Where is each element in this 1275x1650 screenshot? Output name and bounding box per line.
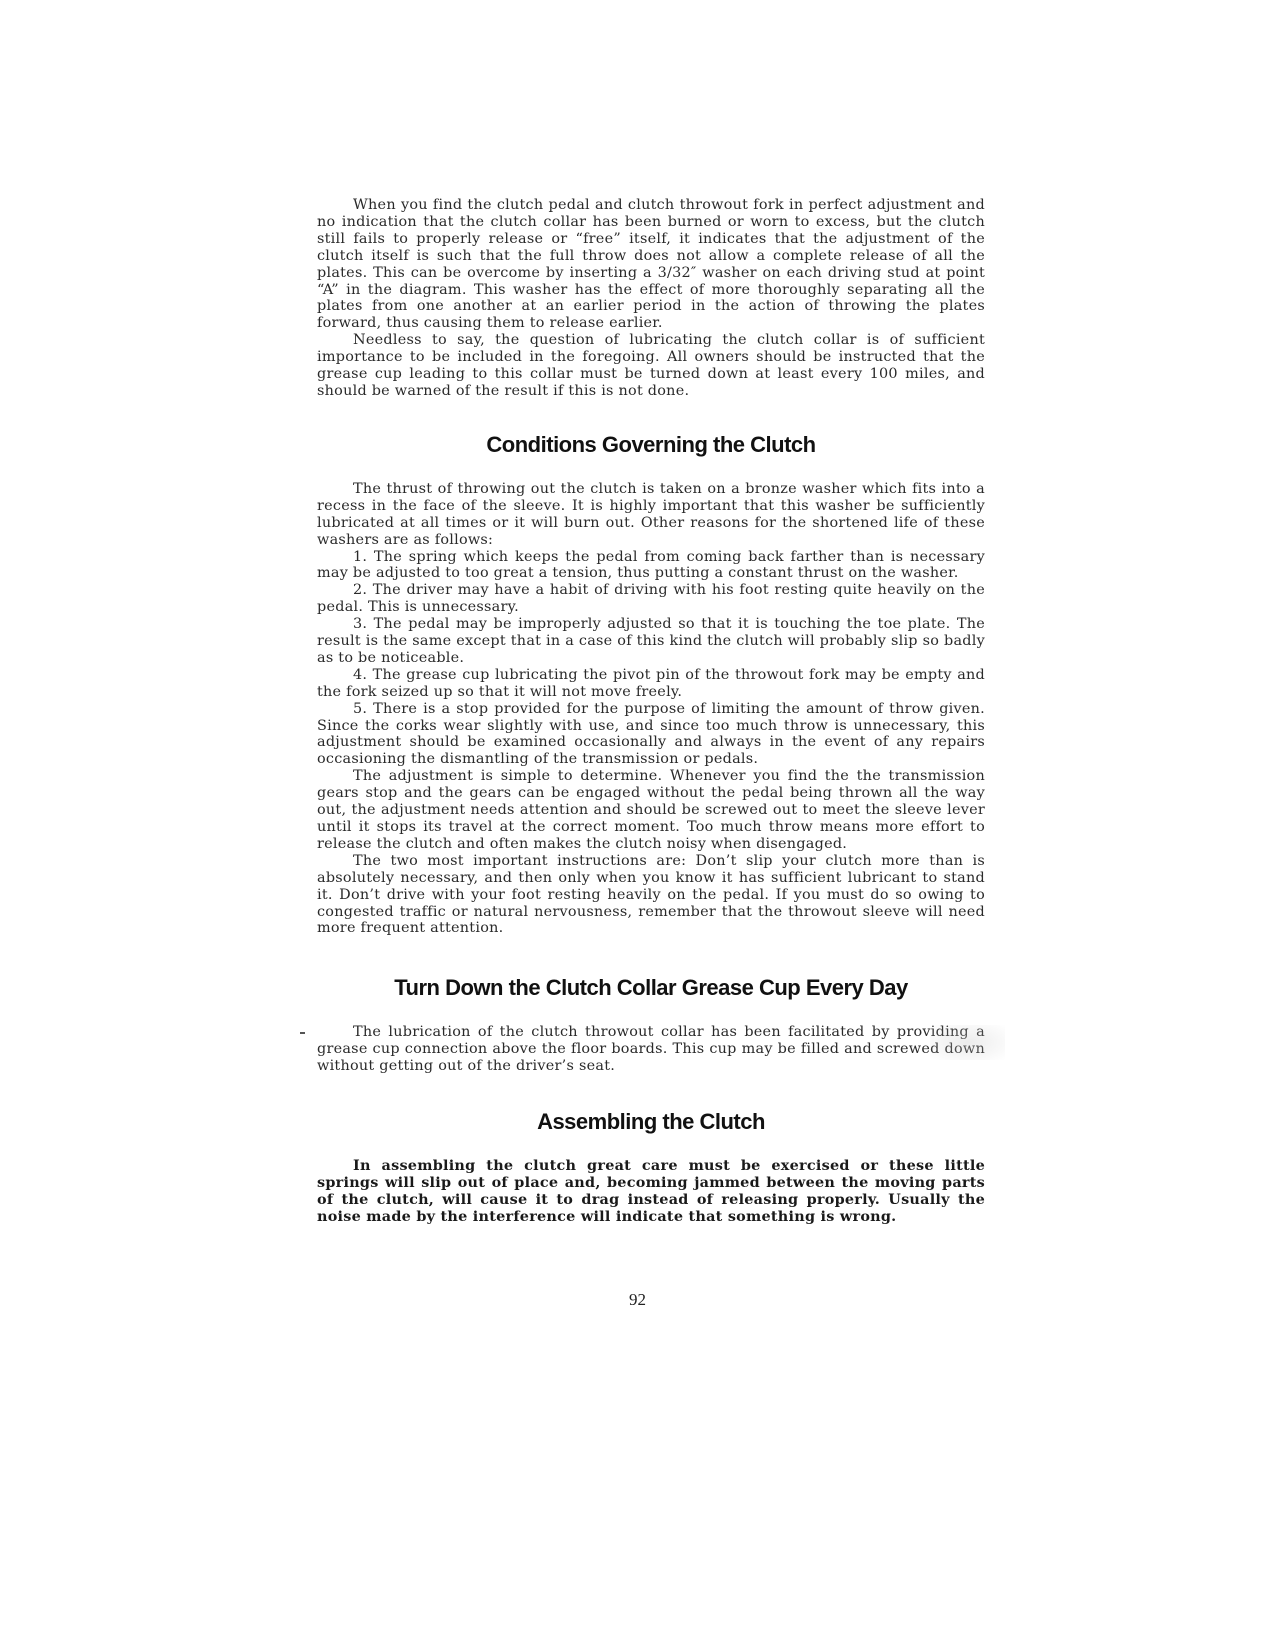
assembling-paragraph: In assembling the clutch great care must…	[317, 1158, 985, 1226]
conditions-paragraph-adjustment: The adjustment is simple to determine. W…	[317, 768, 985, 853]
scan-mark	[300, 1032, 305, 1034]
conditions-item-1: 1. The spring which keeps the pedal from…	[317, 549, 985, 583]
conditions-item-5: 5. There is a stop provided for the purp…	[317, 701, 985, 769]
section-heading-assembling: Assembling the Clutch	[317, 1109, 985, 1135]
page-number: 92	[0, 1290, 1275, 1310]
section-heading-grease-cup: Turn Down the Clutch Collar Grease Cup E…	[317, 975, 985, 1001]
intro-paragraph-2: Needless to say, the question of lubrica…	[317, 332, 985, 400]
scan-smudge	[930, 1025, 1005, 1060]
section-heading-conditions: Conditions Governing the Clutch	[317, 432, 985, 458]
grease-cup-paragraph: The lubrication of the clutch throwout c…	[317, 1024, 985, 1075]
intro-paragraph-1: When you find the clutch pedal and clutc…	[317, 197, 985, 332]
conditions-item-2: 2. The driver may have a habit of drivin…	[317, 582, 985, 616]
conditions-paragraph-intro: The thrust of throwing out the clutch is…	[317, 481, 985, 549]
page-body: When you find the clutch pedal and clutc…	[317, 197, 985, 1226]
conditions-item-3: 3. The pedal may be improperly adjusted …	[317, 616, 985, 667]
conditions-item-4: 4. The grease cup lubricating the pivot …	[317, 667, 985, 701]
conditions-paragraph-instructions: The two most important instructions are:…	[317, 853, 985, 938]
